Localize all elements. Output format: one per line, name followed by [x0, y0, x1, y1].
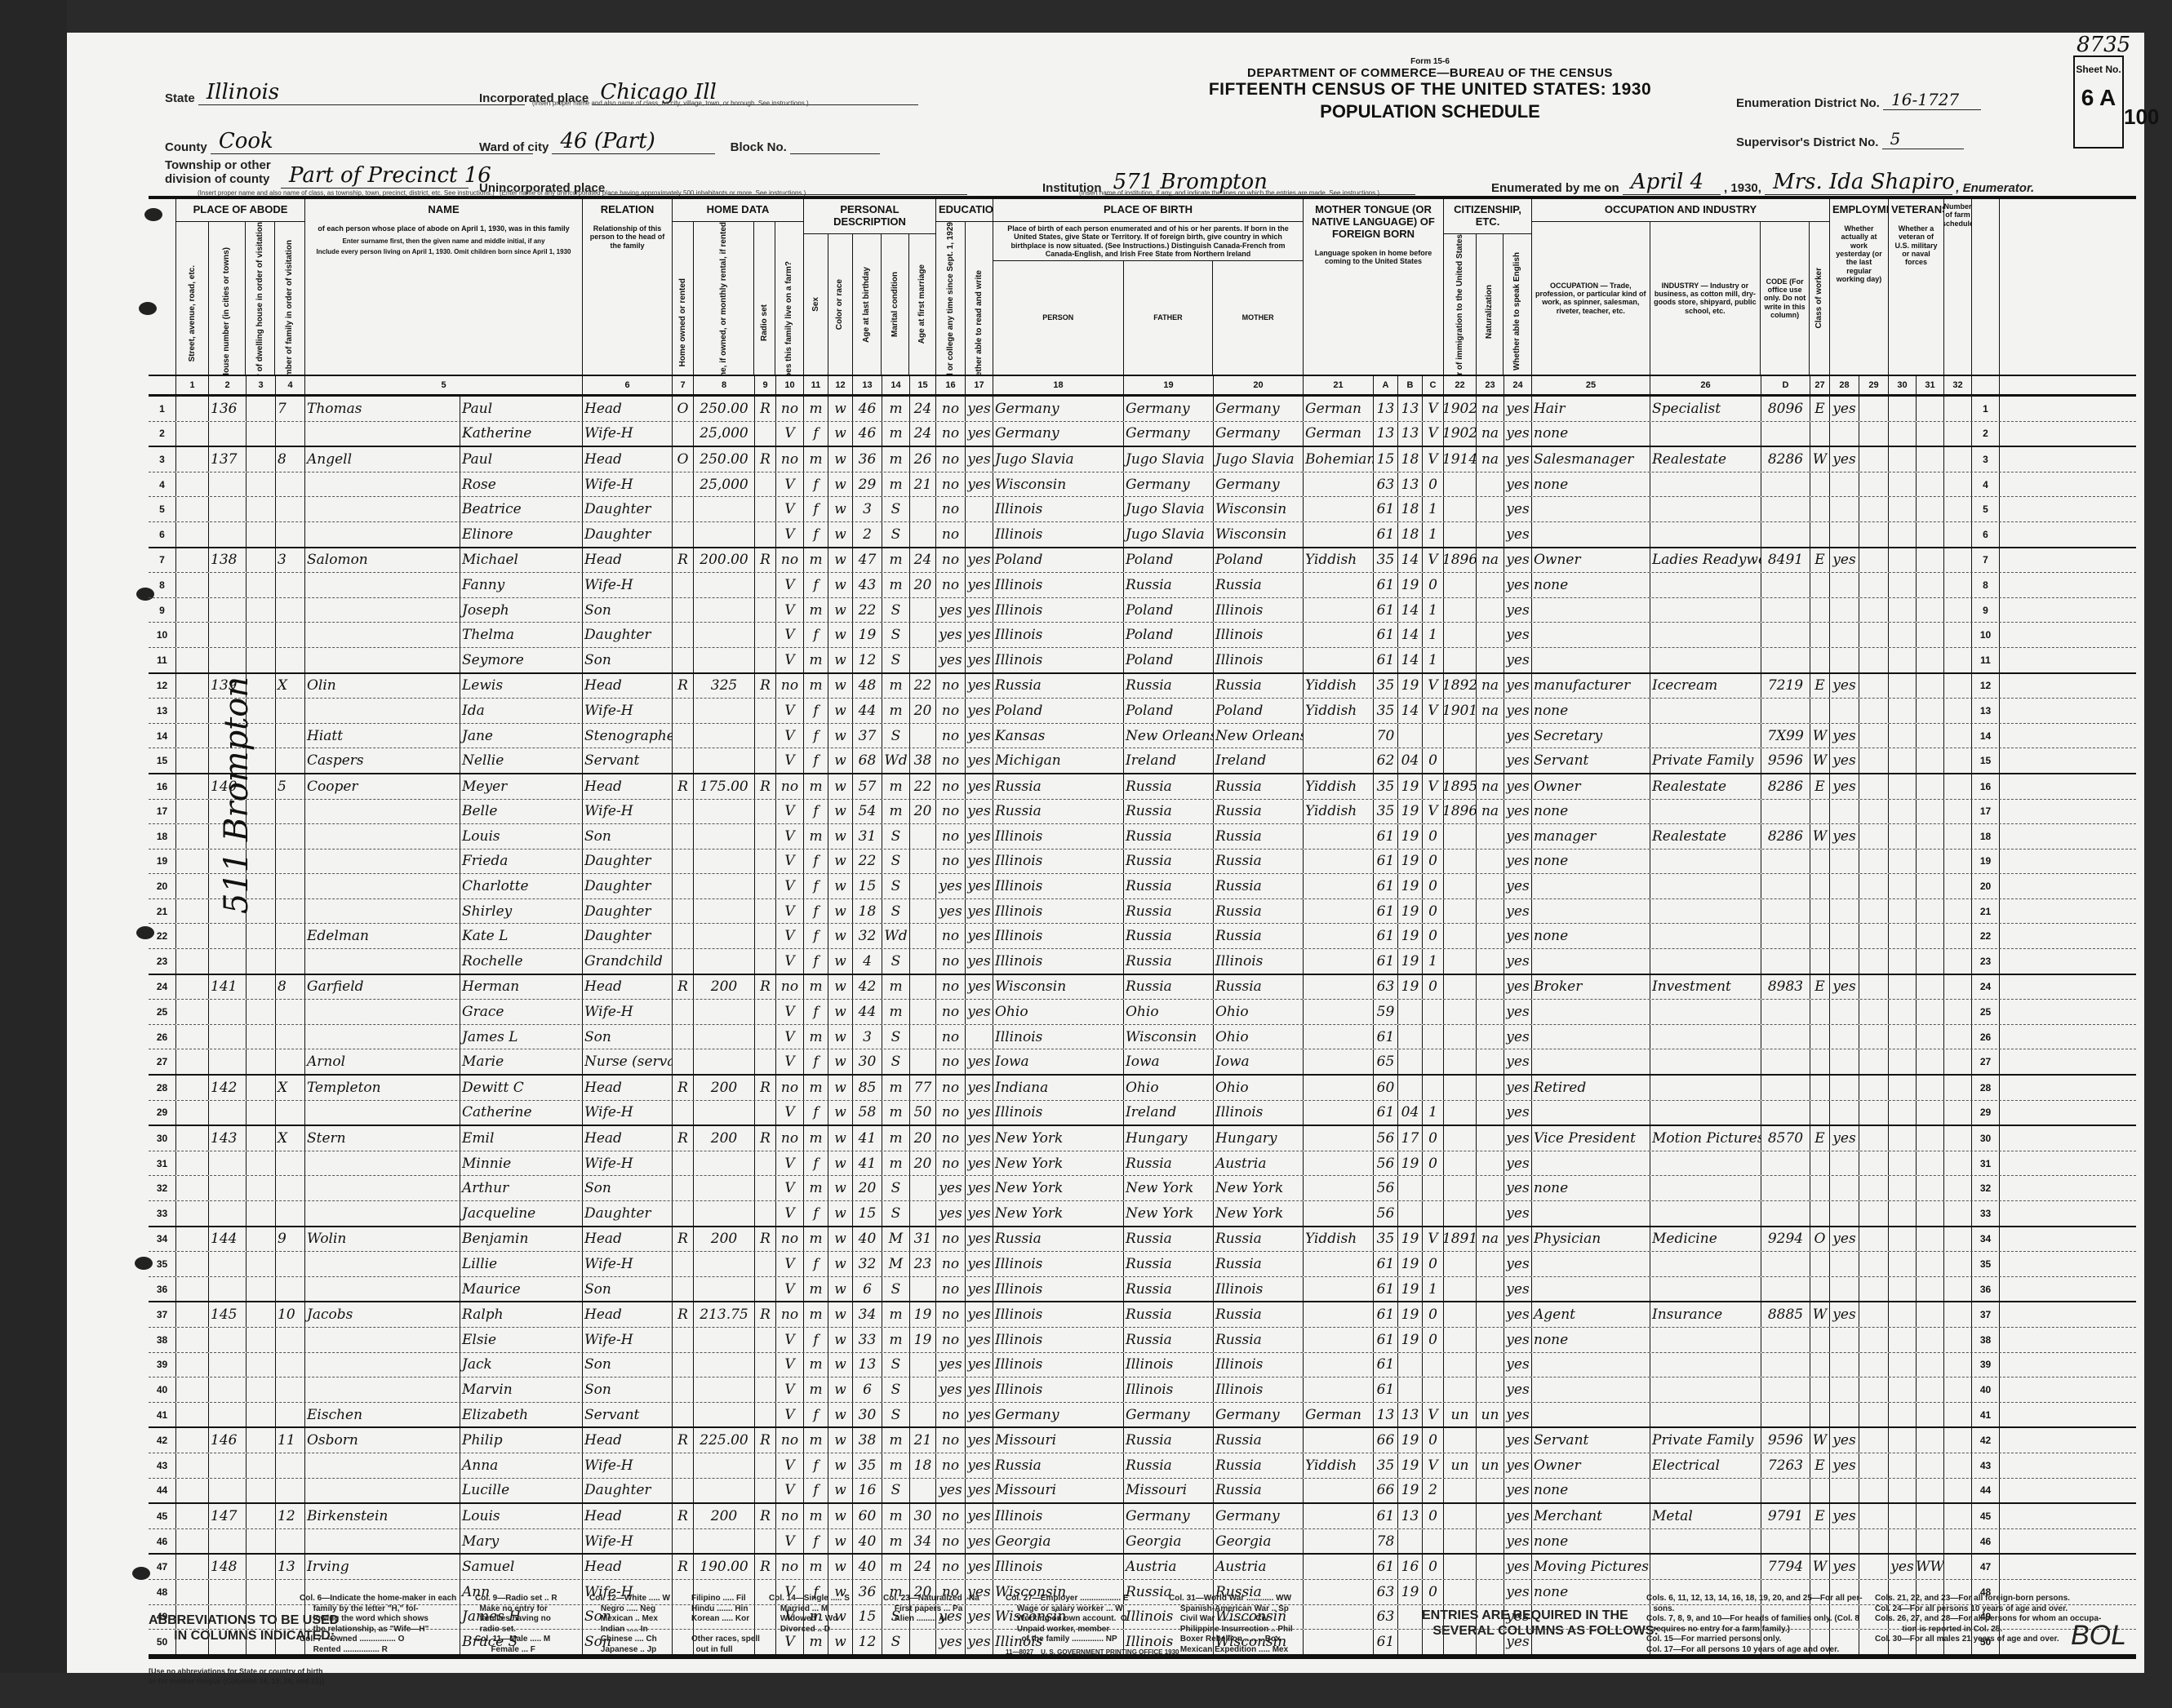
cell-line: 2 — [149, 422, 176, 446]
cell-farm: V — [776, 598, 804, 623]
cell-bpm: Germany — [1214, 422, 1304, 446]
cell-age: 19 — [853, 623, 882, 647]
cell-house: 146 — [209, 1428, 247, 1453]
cell-vet — [1889, 648, 1917, 672]
cell-farmsch — [1944, 1377, 1972, 1402]
cell-nat — [1477, 1302, 1504, 1327]
cell-sex: f — [804, 623, 828, 647]
cell-cc — [1423, 1176, 1444, 1200]
cell-bp: Illinois — [993, 648, 1124, 672]
cell-unemp — [1859, 1151, 1889, 1176]
cell-bpf: Austria — [1124, 1555, 1214, 1579]
cell-rel: Wife-H — [583, 1000, 673, 1024]
cell-unemp — [1859, 1000, 1889, 1024]
cell-farm: no — [776, 774, 804, 799]
cell-code — [1761, 1403, 1810, 1427]
cell-nat — [1477, 1479, 1504, 1503]
cell-rw: yes — [966, 623, 993, 647]
cell-age: 32 — [853, 1252, 882, 1276]
cell-unemp — [1859, 924, 1889, 948]
cell-mar: S — [882, 522, 910, 547]
cell-rel: Head — [583, 548, 673, 573]
cell-code — [1761, 924, 1810, 948]
cell-street — [176, 598, 209, 623]
cell-occ — [1532, 598, 1650, 623]
cell-agem — [910, 924, 936, 948]
cell-vet — [1889, 975, 1917, 1000]
cell-rw: yes — [966, 1151, 993, 1176]
cell-radio — [755, 1000, 776, 1024]
cell-street — [176, 497, 209, 521]
township-value: Part of Precinct 16 — [281, 163, 491, 188]
cell-ca: 70 — [1374, 724, 1398, 748]
cell-ind — [1650, 800, 1761, 824]
cell-ca: 61 — [1374, 623, 1398, 647]
cell-farmsch — [1944, 674, 1972, 699]
cell-ca: 61 — [1374, 1353, 1398, 1377]
cell-sch: no — [936, 1049, 966, 1074]
cell-occ: none — [1532, 1328, 1650, 1352]
cell-sex: m — [804, 598, 828, 623]
cell-rel: Son — [583, 1025, 673, 1049]
cell-fam — [276, 748, 305, 773]
cell-lang: Yiddish — [1304, 1227, 1374, 1252]
cell-sch: no — [936, 1403, 966, 1427]
cell-vet — [1889, 1453, 1917, 1478]
cell-sch: yes — [936, 1176, 966, 1200]
cell-line: 9 — [149, 598, 176, 623]
cell-bpf: Missouri — [1124, 1479, 1214, 1503]
cell-race: w — [828, 422, 853, 446]
cell-own — [673, 1000, 694, 1024]
cell-code — [1761, 598, 1810, 623]
cell-unemp — [1859, 1479, 1889, 1503]
cell-rw: yes — [966, 1353, 993, 1377]
cell-eng: yes — [1504, 1101, 1532, 1125]
cell-agem — [910, 1201, 936, 1226]
cell-dwell — [247, 397, 276, 421]
cell-line2: 45 — [1972, 1504, 2000, 1528]
cell-fam — [276, 648, 305, 672]
cell-own — [673, 1377, 694, 1402]
cell-radio — [755, 1277, 776, 1302]
cell-mar: m — [882, 1529, 910, 1554]
cell-bpf: Poland — [1124, 548, 1214, 573]
cell-race: w — [828, 1025, 853, 1049]
column-number: 15 — [910, 376, 936, 394]
cell-own — [673, 1328, 694, 1352]
cell-unemp — [1859, 724, 1889, 748]
cell-ind — [1650, 699, 1761, 723]
cell-agem: 50 — [910, 1101, 936, 1125]
cell-ca: 61 — [1374, 874, 1398, 898]
cell-given: Meyer — [460, 774, 583, 799]
cell-farm: V — [776, 824, 804, 849]
cell-line: 35 — [149, 1252, 176, 1276]
cell-dwell — [247, 1504, 276, 1528]
cell-value: 250.00 — [694, 447, 755, 472]
cell-cb: 13 — [1398, 472, 1423, 497]
cell-sch: yes — [936, 874, 966, 898]
cell-sex: m — [804, 548, 828, 573]
cell-war — [1917, 1504, 1944, 1528]
cell-house — [209, 1403, 247, 1427]
cell-bpm: Iowa — [1214, 1049, 1304, 1074]
cell-sex: m — [804, 397, 828, 421]
cell-dwell — [247, 1252, 276, 1276]
cell-code: 9294 — [1761, 1227, 1810, 1252]
cell-race: w — [828, 648, 853, 672]
cell-war — [1917, 674, 1944, 699]
cell-farmsch — [1944, 1529, 1972, 1554]
cell-house — [209, 1049, 247, 1074]
cell-race: w — [828, 1453, 853, 1478]
cell-line2: 39 — [1972, 1353, 2000, 1377]
cell-ind — [1650, 1049, 1761, 1074]
cell-work: yes — [1830, 447, 1859, 472]
cell-occ — [1532, 1403, 1650, 1427]
scan-border-top — [0, 0, 2172, 33]
cell-bpf: New York — [1124, 1201, 1214, 1226]
cell-dwell — [247, 1428, 276, 1453]
cell-value — [694, 1025, 755, 1049]
cell-sch: no — [936, 1529, 966, 1554]
cell-cls: W — [1810, 1428, 1830, 1453]
cell-sch: no — [936, 774, 966, 799]
cell-mar: M — [882, 1252, 910, 1276]
cell-work: yes — [1830, 1504, 1859, 1528]
cell-farmsch — [1944, 699, 1972, 723]
cell-unemp — [1859, 1302, 1889, 1327]
cell-cb — [1398, 1000, 1423, 1024]
cell-lang: Yiddish — [1304, 674, 1374, 699]
cell-cb: 19 — [1398, 1328, 1423, 1352]
cell-eng: yes — [1504, 724, 1532, 748]
entries-title: ENTRIES ARE REQUIRED IN THE SEVERAL COLU… — [1422, 1608, 1659, 1639]
cell-cls — [1810, 924, 1830, 948]
cell-sch: no — [936, 1227, 966, 1252]
cell-bp: Illinois — [993, 949, 1124, 974]
cell-imm — [1444, 472, 1477, 497]
cell-code — [1761, 1479, 1810, 1503]
cell-cb: 19 — [1398, 1479, 1423, 1503]
cell-value — [694, 1000, 755, 1024]
cell-nat — [1477, 949, 1504, 974]
cell-bpf: Iowa — [1124, 1049, 1214, 1074]
cell-race: w — [828, 899, 853, 924]
cell-dwell — [247, 648, 276, 672]
cell-street — [176, 1453, 209, 1478]
cell-value: 200.00 — [694, 548, 755, 573]
cell-lang — [1304, 1479, 1374, 1503]
cell-cls: E — [1810, 1453, 1830, 1478]
cell-agem — [910, 975, 936, 1000]
cell-ca: 35 — [1374, 1227, 1398, 1252]
cell-occ: Physician — [1532, 1227, 1650, 1252]
cell-race: w — [828, 874, 853, 898]
cell-age: 40 — [853, 1227, 882, 1252]
cell-mar: m — [882, 1076, 910, 1100]
cell-value: 175.00 — [694, 774, 755, 799]
cell-ind: Metal — [1650, 1504, 1761, 1528]
cell-street — [176, 1403, 209, 1427]
cell-house — [209, 1025, 247, 1049]
cell-farm: V — [776, 724, 804, 748]
cell-line2: 25 — [1972, 1000, 2000, 1024]
cell-war — [1917, 1428, 1944, 1453]
cell-bp: Poland — [993, 548, 1124, 573]
header-cell — [1972, 199, 2000, 375]
cell-rel: Wife-H — [583, 1151, 673, 1176]
cell-given: Marvin — [460, 1377, 583, 1402]
cell-house: 145 — [209, 1302, 247, 1327]
cell-sex: f — [804, 800, 828, 824]
cell-bpf: Poland — [1124, 598, 1214, 623]
cell-mar: S — [882, 874, 910, 898]
cell-mar: m — [882, 699, 910, 723]
cell-bp: Michigan — [993, 748, 1124, 773]
cell-fam — [276, 1201, 305, 1226]
cell-eng: yes — [1504, 548, 1532, 573]
cell-imm — [1444, 1377, 1477, 1402]
cell-age: 68 — [853, 748, 882, 773]
cell-occ — [1532, 1000, 1650, 1024]
table-row: 14HiattJaneStenographerVfw37SnoyesKansas… — [149, 724, 2136, 749]
cell-house — [209, 573, 247, 597]
cell-imm — [1444, 1000, 1477, 1024]
cell-nat — [1477, 1529, 1504, 1554]
table-row: 28142XTempletonDewitt CHeadR200Rnomw85m7… — [149, 1076, 2136, 1101]
cell-fam: 9 — [276, 1227, 305, 1252]
cell-agem — [910, 648, 936, 672]
cell-sch: no — [936, 724, 966, 748]
cell-line: 10 — [149, 623, 176, 647]
cell-code — [1761, 800, 1810, 824]
cell-line: 3 — [149, 447, 176, 472]
cell-rw: yes — [966, 1277, 993, 1302]
cell-occ — [1532, 497, 1650, 521]
cell-farmsch — [1944, 548, 1972, 573]
cell-value — [694, 748, 755, 773]
cell-own — [673, 1201, 694, 1226]
cell-imm: 1896 — [1444, 548, 1477, 573]
cell-code — [1761, 699, 1810, 723]
cell-imm — [1444, 522, 1477, 547]
cell-age: 4 — [853, 949, 882, 974]
cell-surname-dash — [305, 1328, 460, 1352]
cell-occ: manager — [1532, 824, 1650, 849]
cell-surname-dash — [305, 1377, 460, 1402]
cell-house — [209, 1176, 247, 1200]
cell-sch: no — [936, 522, 966, 547]
cell-line: 22 — [149, 924, 176, 948]
cell-dwell — [247, 1302, 276, 1327]
cell-work — [1830, 1479, 1859, 1503]
ed-field: Enumeration District No. 16-1727 — [1736, 90, 1981, 110]
cell-value — [694, 699, 755, 723]
cell-agem: 24 — [910, 1555, 936, 1579]
cell-rw: yes — [966, 975, 993, 1000]
cell-lang — [1304, 1201, 1374, 1226]
cell-value: 200 — [694, 1126, 755, 1151]
cell-cb: 19 — [1398, 573, 1423, 597]
cell-cc — [1423, 1000, 1444, 1024]
cell-code: 8286 — [1761, 447, 1810, 472]
cell-given: Jane — [460, 724, 583, 748]
cell-age: 42 — [853, 975, 882, 1000]
cell-given: Lillie — [460, 1252, 583, 1276]
cell-farm: no — [776, 1302, 804, 1327]
cell-imm — [1444, 623, 1477, 647]
cell-bp: Poland — [993, 699, 1124, 723]
cell-bp: Germany — [993, 422, 1124, 446]
census-sheet: State Illinois County Cook Township or o… — [67, 33, 2144, 1673]
cell-farmsch — [1944, 422, 1972, 446]
cell-surname: Templeton — [305, 1076, 460, 1100]
cell-value: 325 — [694, 674, 755, 699]
cell-farm: V — [776, 1377, 804, 1402]
cell-vet — [1889, 1000, 1917, 1024]
place-of-abode-header: PLACE OF ABODEStreet, avenue, road, etc.… — [176, 199, 305, 375]
cell-street — [176, 1076, 209, 1100]
cell-vet — [1889, 924, 1917, 948]
cell-street — [176, 573, 209, 597]
cell-fam — [276, 724, 305, 748]
cell-vet — [1889, 1277, 1917, 1302]
cell-sex: m — [804, 648, 828, 672]
cell-farm: V — [776, 1403, 804, 1427]
cell-war — [1917, 497, 1944, 521]
sub-column-header: INDUSTRY — Industry or business, as cott… — [1650, 222, 1761, 375]
cell-unemp — [1859, 1504, 1889, 1528]
cell-bp: Russia — [993, 1453, 1124, 1478]
cell-surname: Angell — [305, 447, 460, 472]
cell-unemp — [1859, 598, 1889, 623]
cell-cc: 1 — [1423, 623, 1444, 647]
cell-line2: 8 — [1972, 573, 2000, 597]
cell-rw: yes — [966, 1504, 993, 1528]
cell-rel: Head — [583, 674, 673, 699]
place-of-birth-header: PLACE OF BIRTHPlace of birth of each per… — [993, 199, 1304, 375]
cell-bpf: Russia — [1124, 774, 1214, 799]
cell-farm: V — [776, 1353, 804, 1377]
cell-ind — [1650, 924, 1761, 948]
cell-sex: m — [804, 447, 828, 472]
cell-mar: m — [882, 447, 910, 472]
cell-surname-dash — [305, 1453, 460, 1478]
cell-race: w — [828, 1428, 853, 1453]
cell-unemp — [1859, 1555, 1889, 1579]
cell-sch: yes — [936, 1479, 966, 1503]
table-row: 38ElsieWife-HVfw33m19noyesIllinoisRussia… — [149, 1328, 2136, 1353]
cell-imm — [1444, 1428, 1477, 1453]
cell-surname-dash — [305, 1151, 460, 1176]
relation-header: RELATIONRelationship of this person to t… — [583, 199, 673, 375]
cell-nat — [1477, 924, 1504, 948]
cell-house — [209, 1353, 247, 1377]
cell-rw: yes — [966, 874, 993, 898]
cell-work — [1830, 1529, 1859, 1554]
cell-sex: f — [804, 1453, 828, 1478]
cell-farm: V — [776, 899, 804, 924]
cell-lang — [1304, 1428, 1374, 1453]
cell-rw: yes — [966, 850, 993, 874]
cell-street — [176, 522, 209, 547]
citizenship-header: CITIZENSHIP, ETC.Year of immigration to … — [1444, 199, 1532, 375]
cell-war — [1917, 1328, 1944, 1352]
cell-dwell — [247, 422, 276, 446]
sd-label: Supervisor's District No. — [1736, 135, 1878, 149]
table-row: 11SeymoreSonVmw12SyesyesIllinoisPolandIl… — [149, 648, 2136, 674]
cell-rel: Servant — [583, 748, 673, 773]
column-group-title: PLACE OF BIRTH — [993, 199, 1303, 222]
cell-farm: no — [776, 674, 804, 699]
cell-bpm: Illinois — [1214, 1277, 1304, 1302]
cell-line2: 36 — [1972, 1277, 2000, 1302]
cell-cb — [1398, 1176, 1423, 1200]
cell-cc — [1423, 1201, 1444, 1226]
cell-surname-dash — [305, 497, 460, 521]
sub-column-header: Sex — [804, 234, 828, 375]
cell-house — [209, 1529, 247, 1554]
cell-lang — [1304, 1151, 1374, 1176]
cell-own: O — [673, 397, 694, 421]
cell-cls: E — [1810, 975, 1830, 1000]
cell-eng: yes — [1504, 874, 1532, 898]
cell-lang: Bohemian — [1304, 447, 1374, 472]
cell-lang — [1304, 648, 1374, 672]
cell-fam — [276, 699, 305, 723]
cell-given: Mary — [460, 1529, 583, 1554]
cell-given: Louis — [460, 1504, 583, 1528]
cell-nat — [1477, 472, 1504, 497]
cell-radio — [755, 874, 776, 898]
cell-eng: yes — [1504, 1529, 1532, 1554]
cell-bp: Russia — [993, 774, 1124, 799]
cell-lang — [1304, 1101, 1374, 1125]
cell-line2: 28 — [1972, 1076, 2000, 1100]
cell-cc: 1 — [1423, 1101, 1444, 1125]
table-row: 36MauriceSonVmw6SnoyesIllinoisRussiaIlli… — [149, 1277, 2136, 1303]
col23-instructions: Col. 23—Naturalized . Na First papers ..… — [883, 1594, 979, 1625]
cell-nat — [1477, 1328, 1504, 1352]
cell-race: w — [828, 748, 853, 773]
cell-own — [673, 924, 694, 948]
sub-column-header: House number (in cities or towns) — [209, 222, 247, 375]
cell-war — [1917, 648, 1944, 672]
cell-cb: 04 — [1398, 748, 1423, 773]
table-row: 41EischenElizabethServantVfw30SnoyesGerm… — [149, 1403, 2136, 1429]
column-number: 20 — [1214, 376, 1304, 394]
cell-lang — [1304, 1176, 1374, 1200]
cell-value — [694, 1151, 755, 1176]
cell-cb: 19 — [1398, 1151, 1423, 1176]
cell-age: 41 — [853, 1126, 882, 1151]
cell-work — [1830, 1176, 1859, 1200]
cell-sch: no — [936, 1277, 966, 1302]
cell-sex: f — [804, 1151, 828, 1176]
cell-work — [1830, 1252, 1859, 1276]
cell-occ: Moving Pictures — [1532, 1555, 1650, 1579]
cell-value: 200 — [694, 1504, 755, 1528]
cell-agem: 38 — [910, 748, 936, 773]
cell-mar: S — [882, 1479, 910, 1503]
cell-vet — [1889, 1302, 1917, 1327]
column-number: 29 — [1859, 376, 1889, 394]
cell-farm: V — [776, 623, 804, 647]
cell-imm — [1444, 975, 1477, 1000]
cell-cls — [1810, 1529, 1830, 1554]
